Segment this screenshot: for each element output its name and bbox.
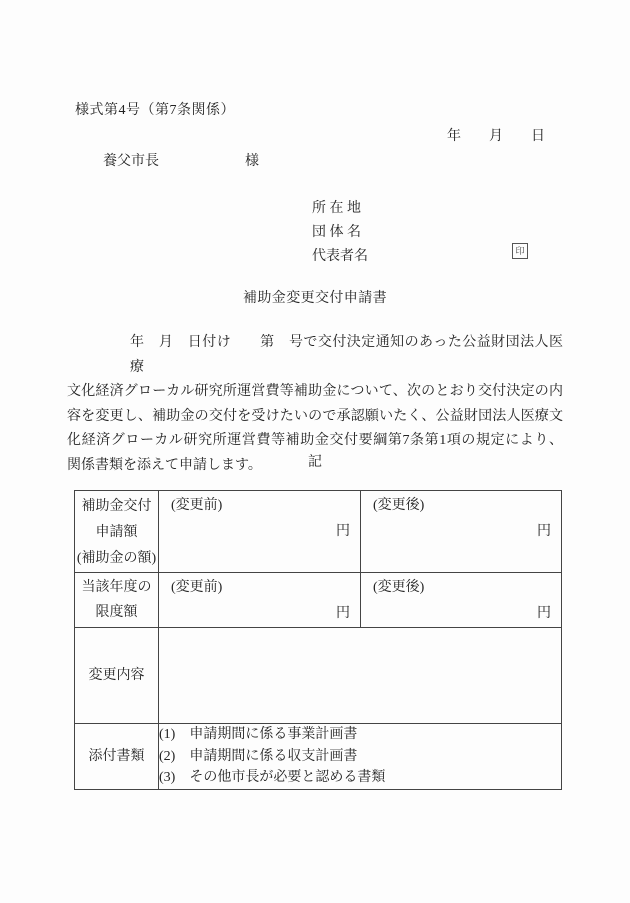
after-change-tag: (変更後)	[361, 491, 561, 519]
label-line: 申請額	[75, 520, 158, 546]
change-details-row: 変更内容	[75, 628, 562, 724]
body-line: 年 月 日付け 第 号で交付決定通知のあった公益財団法人医療	[67, 331, 563, 380]
grant-amount-label-cell: 補助金交付 申請額 (補助金の額)	[75, 491, 159, 573]
yen-unit: 円	[361, 519, 561, 545]
form-number: 様式第4号（第7条関係）	[75, 99, 235, 119]
grant-amount-before-cell: (変更前) 円	[159, 491, 361, 573]
change-details-label-cell: 変更内容	[75, 628, 159, 724]
year-limit-label-cell: 当該年度の 限度額	[75, 573, 159, 628]
grant-amount-row: 補助金交付 申請額 (補助金の額) (変更前) 円 (変更後) 円	[75, 491, 562, 573]
attachment-item: (2) 申請期間に係る収支計画書	[159, 746, 561, 768]
applicant-organization-label: 団 体 名	[312, 221, 361, 241]
body-line: 容を変更し、補助金の交付を受けたいので承認願いたく、公益財団法人医療文	[67, 405, 563, 430]
application-table: 補助金交付 申請額 (補助金の額) (変更前) 円 (変更後) 円 当該年度の …	[74, 490, 562, 790]
body-line: 文化経済グローカル研究所運営費等補助金について、次のとおり交付決定の内	[67, 380, 563, 405]
after-change-tag: (変更後)	[361, 573, 561, 601]
document-page: 様式第4号（第7条関係） 年 月 日 養父市長様 所 在 地 団 体 名 代表者…	[0, 0, 630, 903]
label-line: 補助金交付	[75, 494, 158, 520]
applicant-representative-label: 代表者名	[312, 245, 368, 265]
yen-unit: 円	[159, 601, 360, 627]
year-limit-row: 当該年度の 限度額 (変更前) 円 (変更後) 円	[75, 573, 562, 628]
body-line: 化経済グローカル研究所運営費等補助金交付要綱第7条第1項の規定により、	[67, 429, 563, 454]
grant-amount-after-cell: (変更後) 円	[361, 491, 562, 573]
year-limit-before-cell: (変更前) 円	[159, 573, 361, 628]
addressee-name: 養父市長	[103, 154, 159, 169]
attachments-list-cell: (1) 申請期間に係る事業計画書 (2) 申請期間に係る収支計画書 (3) その…	[159, 724, 562, 790]
before-change-tag: (変更前)	[159, 491, 360, 519]
label-line: 添付書類	[75, 744, 158, 770]
attachments-label-cell: 添付書類	[75, 724, 159, 790]
attachments-row: 添付書類 (1) 申請期間に係る事業計画書 (2) 申請期間に係る収支計画書 (…	[75, 724, 562, 790]
attachment-item: (3) その他市長が必要と認める書類	[159, 767, 561, 789]
year-limit-after-cell: (変更後) 円	[361, 573, 562, 628]
applicant-address-label: 所 在 地	[312, 197, 361, 217]
document-title: 補助金変更交付申請書	[0, 287, 630, 307]
date-line: 年 月 日	[447, 125, 545, 145]
label-line: 限度額	[75, 600, 158, 625]
yen-unit: 円	[361, 601, 561, 627]
change-details-content-cell	[159, 628, 562, 724]
label-line: 当該年度の	[75, 575, 158, 600]
attachment-item: (1) 申請期間に係る事業計画書	[159, 724, 561, 746]
seal-mark-icon: 印	[512, 243, 528, 259]
yen-unit: 円	[159, 519, 360, 545]
record-mark: 記	[0, 451, 630, 471]
addressee-honorific: 様	[245, 154, 259, 169]
label-line: (補助金の額)	[75, 546, 158, 572]
label-line: 変更内容	[75, 663, 158, 689]
before-change-tag: (変更前)	[159, 573, 360, 601]
addressee-line: 養父市長様	[103, 150, 259, 170]
